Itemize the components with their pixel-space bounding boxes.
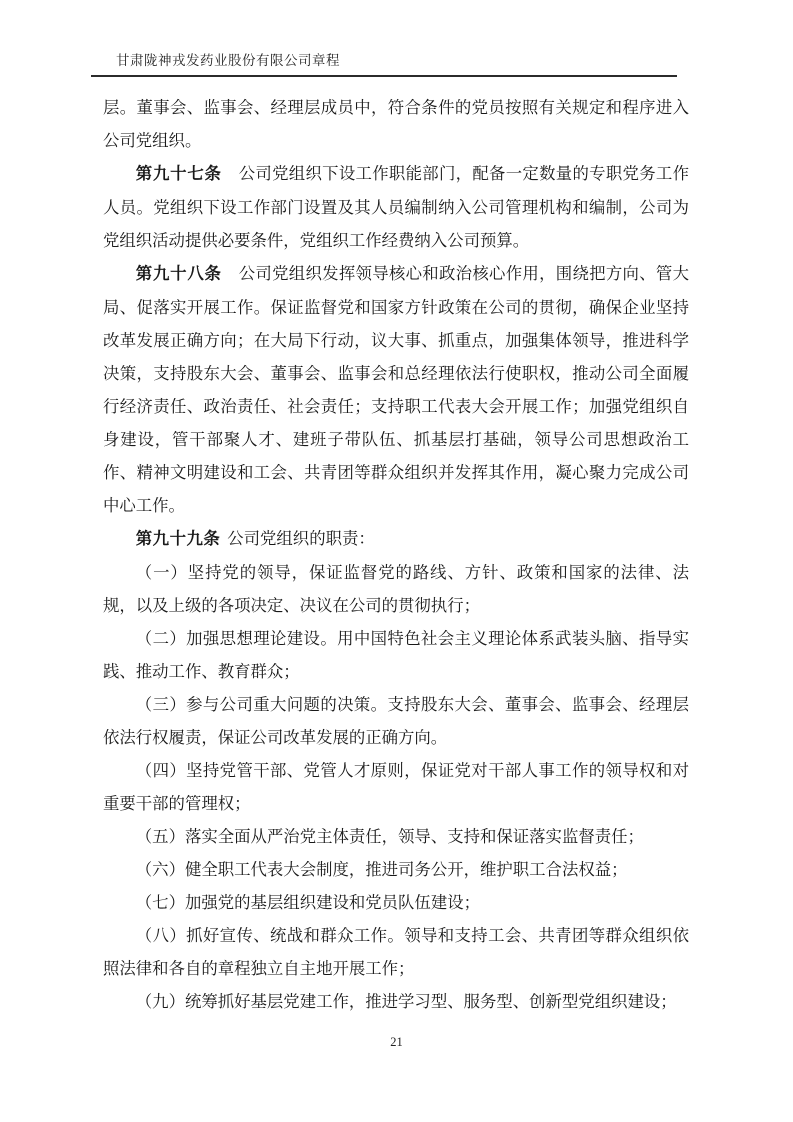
article-98-paragraph: 第九十八条公司党组织发挥领导核心和政治核心作用，围绕把方向、管大局、促落实开展工…: [103, 257, 689, 522]
article-97-number: 第九十七条: [136, 165, 222, 183]
document-page: 甘肃陇神戎发药业股份有限公司章程 层。董事会、监事会、经理层成员中，符合条件的党…: [0, 0, 793, 1122]
clause-item-6: （六）健全职工代表大会制度，推进司务公开，维护职工合法权益；: [103, 853, 689, 886]
clause-item-8: （八）抓好宣传、统战和群众工作。领导和支持工会、共青团等群众组织依照法律和各自的…: [103, 919, 689, 985]
article-98-text: 公司党组织发挥领导核心和政治核心作用，围绕把方向、管大局、促落实开展工作。保证监…: [103, 264, 689, 515]
article-98-number: 第九十八条: [136, 265, 222, 283]
page-header: 甘肃陇神戎发药业股份有限公司章程: [91, 52, 677, 77]
article-97-paragraph: 第九十七条公司党组织下设工作职能部门，配备一定数量的专职党务工作人员。党组织下设…: [103, 157, 689, 257]
article-99-text: 公司党组织的职责：: [227, 529, 375, 548]
clause-item-2: （二）加强思想理论建设。用中国特色社会主义理论体系武装头脑、指导实践、推动工作、…: [103, 622, 689, 688]
clause-item-5: （五）落实全面从严治党主体责任，领导、支持和保证落实监督责任；: [103, 820, 689, 853]
continuation-paragraph: 层。董事会、监事会、经理层成员中，符合条件的党员按照有关规定和程序进入公司党组织…: [103, 91, 689, 157]
page-footer: 21: [0, 1035, 793, 1050]
clause-item-9: （九）统筹抓好基层党建工作，推进学习型、服务型、创新型党组织建设；: [103, 985, 689, 1018]
page-number: 21: [390, 1035, 403, 1049]
article-99-number: 第九十九条: [136, 530, 220, 548]
clause-item-4: （四）坚持党管干部、党管人才原则，保证党对干部人事工作的领导权和对重要干部的管理…: [103, 754, 689, 820]
article-99-paragraph: 第九十九条公司党组织的职责：: [103, 522, 689, 556]
clause-item-3: （三）参与公司重大问题的决策。支持股东大会、董事会、监事会、经理层依法行权履责，…: [103, 688, 689, 754]
document-body: 层。董事会、监事会、经理层成员中，符合条件的党员按照有关规定和程序进入公司党组织…: [103, 91, 689, 1018]
clause-item-7: （七）加强党的基层组织建设和党员队伍建设；: [103, 886, 689, 919]
clause-item-1: （一）坚持党的领导，保证监督党的路线、方针、政策和国家的法律、法规，以及上级的各…: [103, 556, 689, 622]
document-title: 甘肃陇神戎发药业股份有限公司章程: [91, 52, 677, 70]
